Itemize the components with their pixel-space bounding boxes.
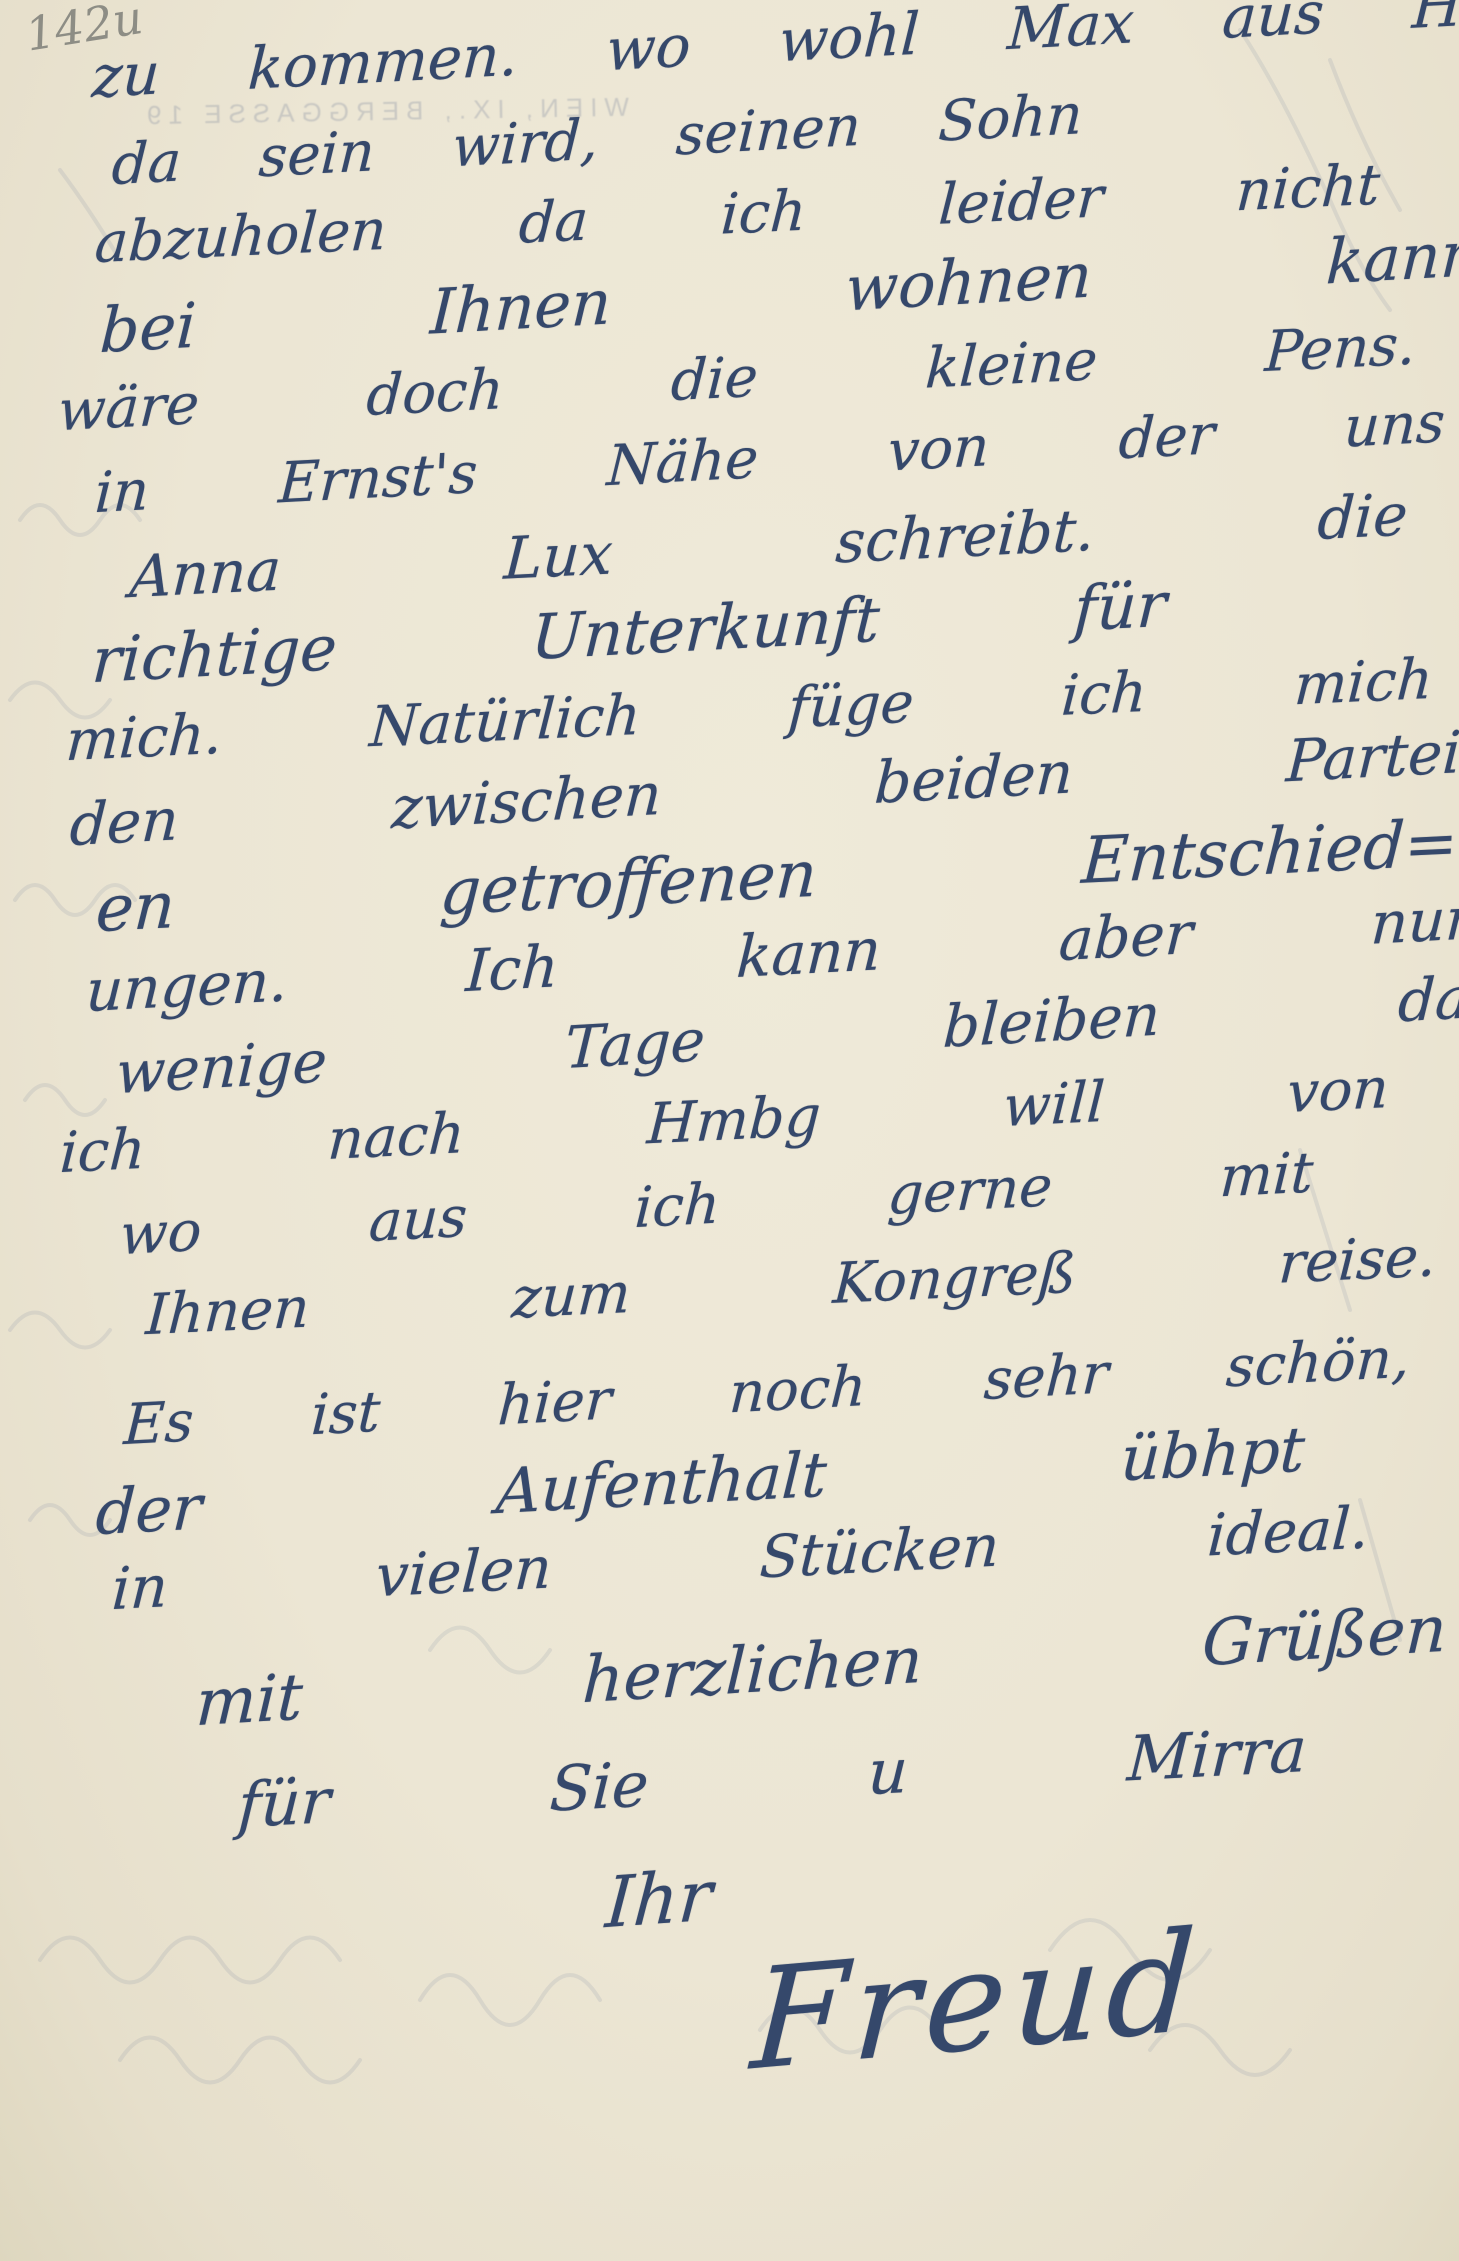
handwritten-line: für Sie u Mirra <box>236 1719 1308 1837</box>
signature-freud: Freud <box>748 1912 1204 2090</box>
closing-ihr: Ihr <box>604 1860 715 1938</box>
letter-paper: WIEN, IX., BERGGASSE 19 142u zu kommen. … <box>0 0 1459 2261</box>
handwritten-line: zu kommen. wo wohl Max aus Hmbg <box>90 0 1459 106</box>
